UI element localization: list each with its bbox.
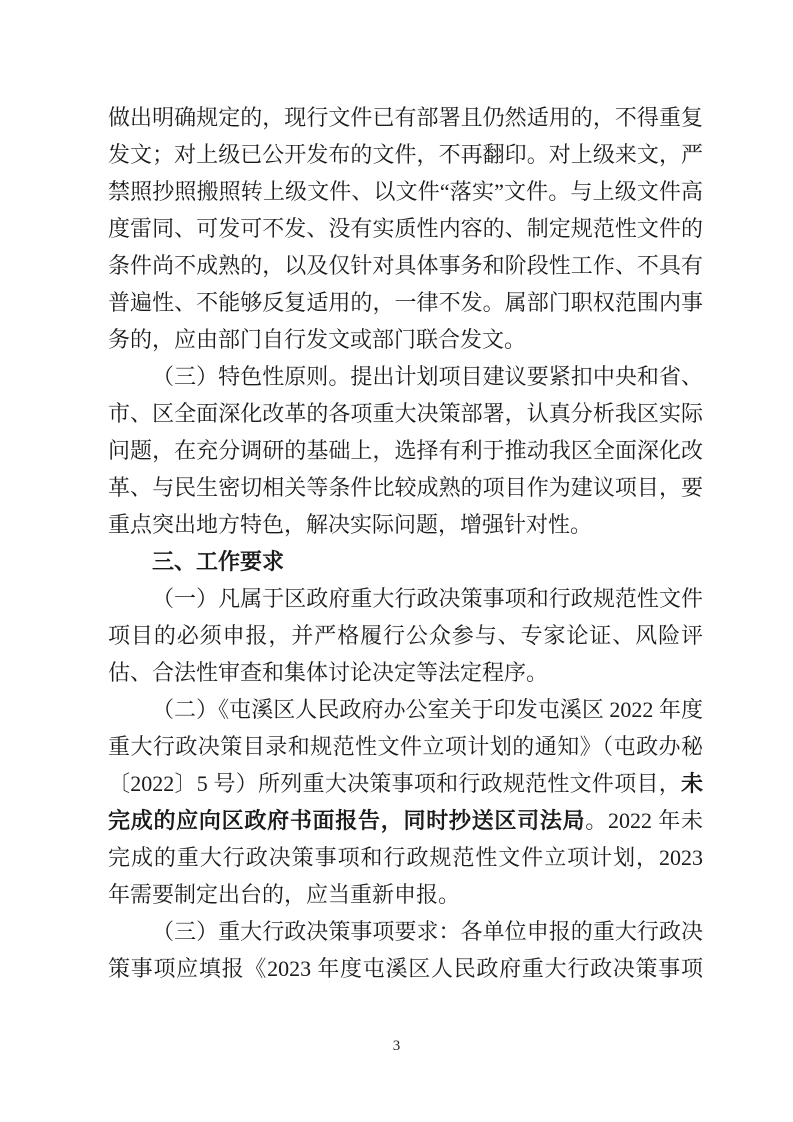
page-number: 3	[0, 1036, 793, 1056]
text-segment: 做出明确规定的，现行文件已有部署且仍然适用的，不得重复发文；对上级已公开发布的文…	[108, 105, 703, 352]
paragraph: （三）特色性原则。提出计划项目建议要紧扣中央和省、市、区全面深化改革的各项重大决…	[108, 358, 703, 543]
text-segment: （三）重大行政决策事项要求：各单位申报的重大行政决策事项应填报《2023 年度屯…	[108, 919, 703, 981]
document-body: 做出明确规定的，现行文件已有部署且仍然适用的，不得重复发文；对上级已公开发布的文…	[108, 99, 703, 987]
text-segment: （二）《屯溪区人民政府办公室关于印发屯溪区 2022 年度重大行政决策目录和规范…	[108, 697, 703, 796]
section-heading: 三、工作要求	[108, 543, 703, 580]
document-page: 做出明确规定的，现行文件已有部署且仍然适用的，不得重复发文；对上级已公开发布的文…	[0, 0, 793, 1122]
paragraph: 做出明确规定的，现行文件已有部署且仍然适用的，不得重复发文；对上级已公开发布的文…	[108, 99, 703, 358]
paragraph: （二）《屯溪区人民政府办公室关于印发屯溪区 2022 年度重大行政决策目录和规范…	[108, 691, 703, 913]
paragraph: （三）重大行政决策事项要求：各单位申报的重大行政决策事项应填报《2023 年度屯…	[108, 913, 703, 987]
paragraph: （一）凡属于区政府重大行政决策事项和行政规范性文件项目的必须申报，并严格履行公众…	[108, 580, 703, 691]
text-segment: （一）凡属于区政府重大行政决策事项和行政规范性文件项目的必须申报，并严格履行公众…	[108, 586, 703, 685]
text-segment: （三）特色性原则。提出计划项目建议要紧扣中央和省、市、区全面深化改革的各项重大决…	[108, 364, 703, 537]
bold-text-segment: 三、工作要求	[152, 549, 284, 574]
